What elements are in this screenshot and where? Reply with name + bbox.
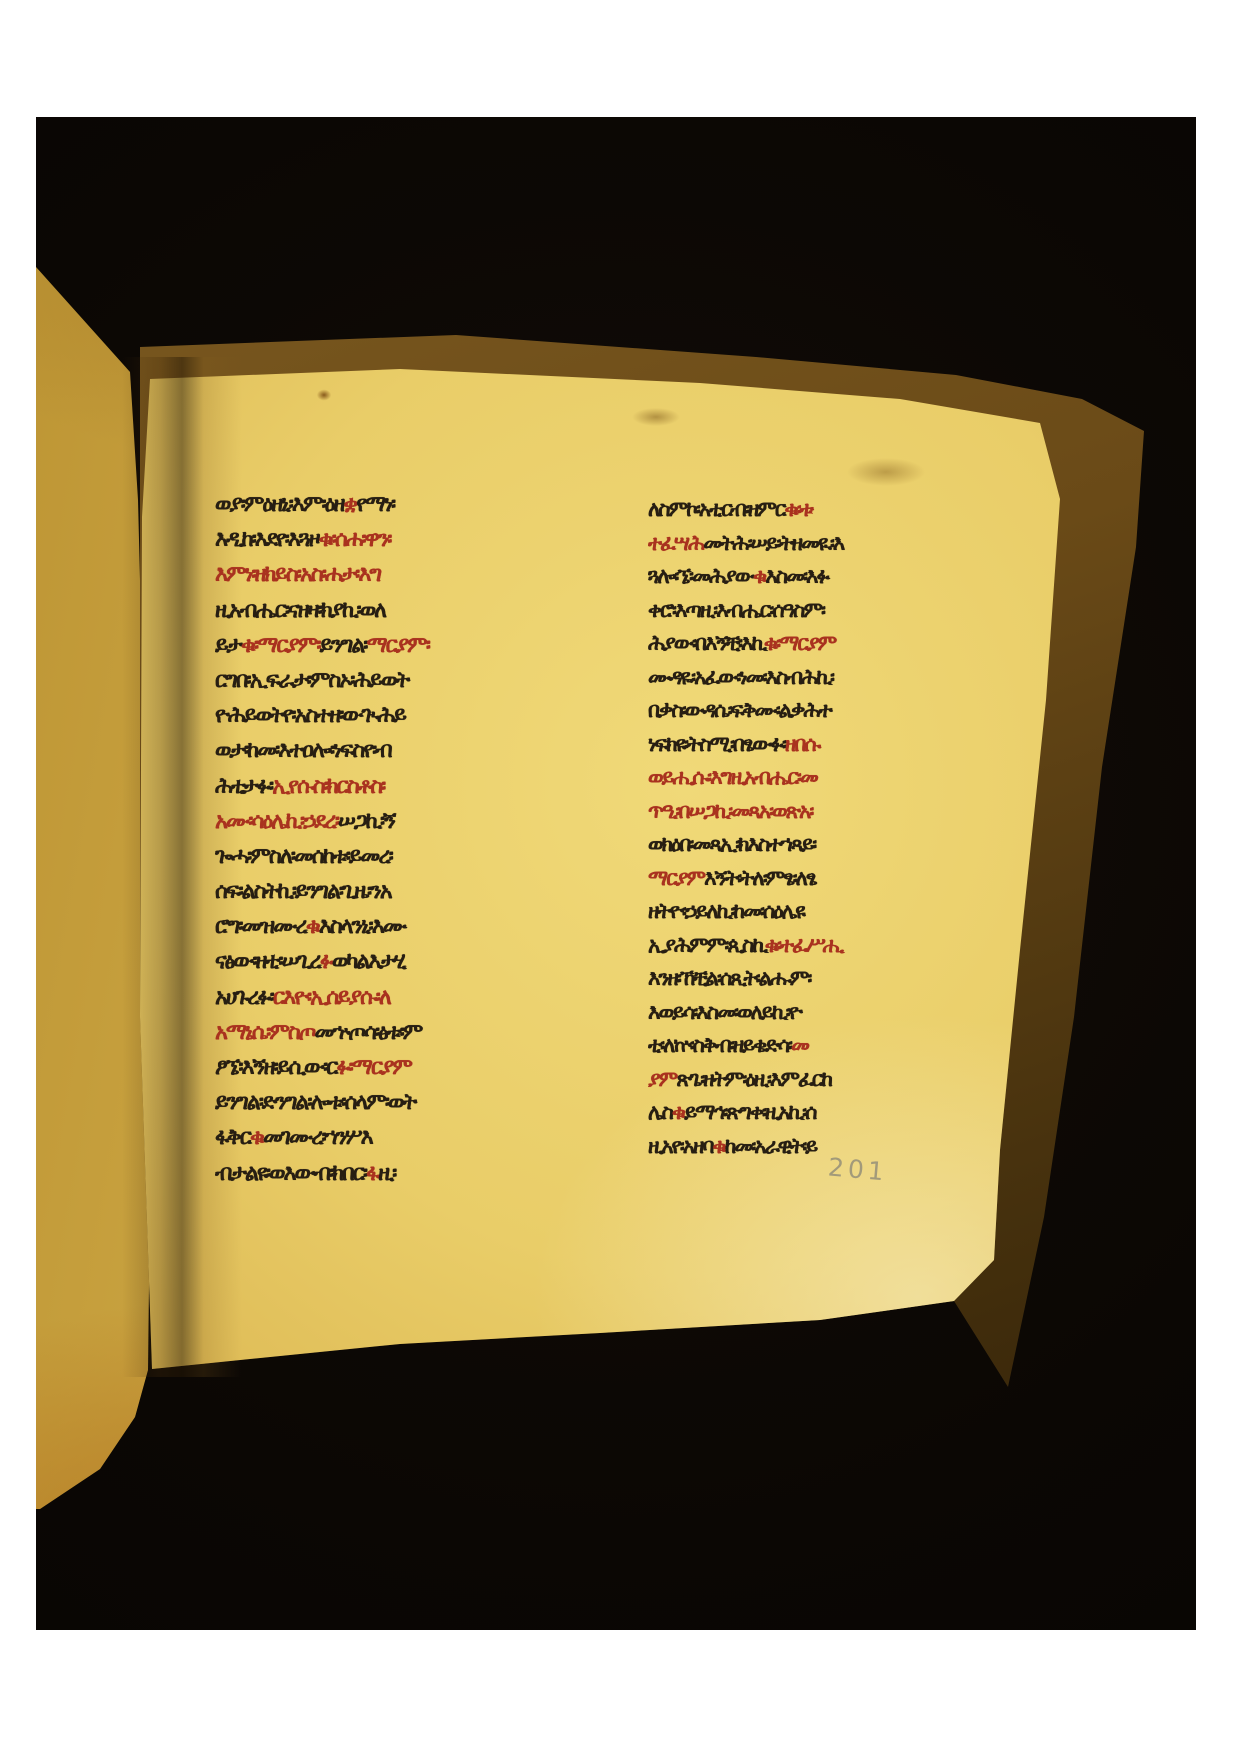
text-segment-black: ለስምኮ፡አቲርብ፡ዘምር	[648, 497, 784, 521]
geez-text-line: ቲ፡ለኵ፡ስቅብ፡ዘይቄድሳ፡መ	[648, 1029, 1010, 1063]
text-segment-black: ጓሎ፡ኜ፡መሕያው	[648, 564, 753, 588]
text-segment-black: ጐሓ፡ምስለ፡መሰከቱ፡ይመረ፡	[215, 844, 392, 869]
geez-text-line: ማርያምእኝት፡ትለ፡ምፄ፡ለፄ	[648, 862, 1010, 896]
text-segment-black: ይማኅ፡ጽግቀ፡ዚአኪ፡ሰ	[684, 1100, 815, 1124]
text-segment-black: ቀሮ፡እጣዚ፡እብሔር፡ሰዓስም፡	[648, 598, 824, 622]
text-segment-black: በቃስ፡ውዳሴ፡ፍቅሙ፡ልቃሕተ	[648, 698, 831, 722]
geez-text-line: ለምሕረትዮ	[1033, 1132, 1184, 1185]
geez-text-line: ሰፍ፡ልስትኪ፡ይንግል፡ጊዜ፡ንአ	[215, 874, 593, 909]
text-segment-black: ቲ፡ለኵ፡ስቅብ፡ዘይቄድሳ፡	[648, 1033, 791, 1057]
geez-text-line: ይታቁ፡ማርያም፡ይንግል፡ማርያም፡	[215, 628, 593, 663]
text-segment-red: ማርያም	[648, 866, 704, 890]
text-segment-red: ቁ	[306, 914, 319, 939]
geez-text-line: ወይሒሱ፡እግዚአብሔር፡መ	[648, 761, 1010, 795]
text-segment-black: ጽጌ፡ዘትም፡ዕዚ፡እምፈርከ	[676, 1067, 831, 1091]
text-segment-black: ወክዕበ፡መጻኢ፡ክእስተኀጻይ፡	[648, 832, 815, 856]
geez-text-line: ጥዒ፡በሠጋኪ፡መጻአ፡ወጽአ፡	[648, 795, 1010, 829]
geez-text-line: እዲከ፡እደየ፡እጓዞቁ፡ሰሐ፡ዋን፡	[215, 522, 593, 557]
geez-text-line: ሕቲታፉ፡ኢየሱስ፡ክርስቶስ፡	[215, 769, 593, 804]
text-segment-red: ቁ	[753, 564, 765, 588]
text-segment-black: መገሙረ፡ኀንሦእ	[263, 1125, 372, 1150]
text-segment-black: ዚአየ፡አዘባ	[648, 1134, 712, 1158]
text-segment-black: ዘትዮ፡ኃይለኪ፡ከመ፡ሰዕሌዩ	[648, 899, 804, 923]
text-segment-black: ከመ፡አራዊት፡ይ	[725, 1134, 816, 1158]
geez-text-line: ወታ፡ከመ፡እተዐሎ፡ነፍስየ፡ብ	[215, 733, 593, 768]
text-segment-red: አሙ፡ሳዕሌኪ፡ኃደረ፡	[215, 809, 338, 834]
text-segment-red: ዘበሱ	[785, 732, 819, 756]
text-segment-black: ለም፡በእንተ	[1121, 665, 1184, 699]
geez-text-line: ሮግ፡መዝሙረቁእስላንኒ፡እሙ	[215, 909, 593, 944]
text-segment-black: ጓእክ፡ውስተ	[1121, 706, 1184, 740]
text-segment-red: ሰአዳም፡ናባኡ	[1112, 1068, 1184, 1103]
photo-frame: ሃ፡ወረስዮልደ፡ሰኔ፡ዘወእንኅ፡ወመድዪቲስ፡ስእሊሰሃኝ፡ዘመኔጣቜስብእ…	[0, 0, 1238, 1753]
text-segment-black: ለምሕረትዮ	[1117, 1150, 1185, 1184]
text-segment-black: ሠጋኪ፡ኝ	[338, 809, 394, 834]
text-segment-red: ኢየሱስ፡ክርስቶስ፡	[272, 774, 384, 799]
text-segment-black: እዲከ፡እደየ፡እጓዞ	[215, 527, 319, 552]
geez-text-line: ነፍክዩ፡ትስሚ፡በፄውፉ፡ዘበሱ	[648, 728, 1010, 762]
text-segment-red: ማርያም፡	[367, 633, 429, 658]
text-segment-red: እምነ፡ዘክይስ፡አስ፡ሐታ፡እግ	[215, 562, 380, 587]
text-segment-red: ቁ፡ማርያም	[764, 631, 835, 655]
text-segment-black: ይታ	[215, 633, 241, 658]
geez-text-line: ቀሮ፡እጣዚ፡እብሔር፡ሰዓስም፡	[648, 594, 1010, 628]
geez-text-line: ዮሕይወትየ፡አስተዘ፡ውጒሕይ	[215, 698, 593, 733]
text-segment-black: እመረስተ፡ሐዱ	[1104, 1107, 1184, 1144]
geez-text-line: አማኔሴ፡ምስጦመኍጦሳ፡ፅቱ፡ም	[215, 1015, 593, 1050]
geez-text-line: ኢያሕምም፡ጲስኪቁ፡ተፈሥሒ	[648, 929, 1010, 963]
text-segment-black: ርግበ፡ኢፍራታ፡ምስኦ፡ሕይወት	[215, 668, 408, 693]
text-segment-red: ቋ	[344, 492, 357, 517]
geez-text-line: ዘትዮ፡ኃይለኪ፡ከመ፡ሰዕሌዩ	[648, 895, 1010, 929]
geez-text-line: ፆኜ፡እኝዘ፡ይሲው፡ርፉ፡ማርያም	[215, 1050, 593, 1085]
geez-text-line: ፋቅርቁመገሙረ፡ኀንሦእ	[215, 1120, 593, 1155]
text-segment-black: ሮግ፡መዝሙረ	[215, 914, 306, 939]
text-segment-black: ዮሕይወትየ፡አስተዘ፡ውጒሕይ	[215, 703, 405, 728]
text-segment-red: ቁ፡ተፈሥሒ	[765, 933, 843, 957]
geez-text-line: እምነ፡ዘክይስ፡አስ፡ሐታ፡እግ	[215, 557, 593, 592]
geez-text-line: እወይሳ፡እስመ፡ወለይኪ፡ዮ	[648, 996, 1010, 1030]
geez-text-line: ለስምኮ፡አቲርብ፡ዘምርቁ፡ቱ	[648, 493, 1010, 527]
text-segment-black: ኢያሕምም፡ጲስኪ	[648, 933, 765, 957]
text-segment-black: የማነ፡	[356, 492, 394, 517]
geez-text-line: አሀጉረፉ፡ርእዮ፡ኢሰይያሱ፡ለ	[215, 980, 593, 1015]
text-segment-black: እንዘ፡ኸቺል፡ሰጺት፡ልሑም፡	[648, 966, 810, 990]
text-segment-black: ክ፡ሰአሊ፡ለነ	[1126, 990, 1184, 1022]
text-segment-black: ወካልእታሂ	[332, 949, 405, 974]
geez-text-line: ብታልዩ፡ወእውብ፡ክበር፡ፋዚ፡	[215, 1156, 593, 1191]
text-segment-red: ተፈሣሕ	[648, 531, 703, 555]
text-segment-black: ብታልዩ፡ወእውብ፡ክበር፡	[215, 1161, 366, 1186]
geez-text-line: ወያ፡ምዕዘኒ፡እም፡ዕዘቋየማነ፡	[215, 487, 593, 522]
text-segment-red: ቁ፡ማርያም፡	[241, 633, 320, 658]
text-segment-black: እስላንኒ፡እሙ	[319, 914, 405, 939]
text-segment-red: ወይሒሱ፡እግዚአብሔር፡መ	[648, 765, 817, 789]
text-segment-black: ወታ፡ከመ፡እተዐሎ፡ነፍስየ፡ብ	[215, 738, 391, 763]
geez-text-line: ናፅው፡ዘቲ፡ሠጊረፉወካልእታሂ	[215, 944, 593, 979]
text-segment-black: መትሕ፡ሠይ፡ትዘመዪ፡እ	[703, 531, 843, 555]
text-segment-black: ወያ፡ምዕዘኒ፡እም፡ዕዘ	[215, 492, 344, 517]
text-segment-black: ፍጥረት፡ተፈ	[1117, 745, 1184, 779]
geez-text-line: ሌስቁይማኅ፡ጽግቀ፡ዚአኪ፡ሰ	[648, 1096, 1010, 1130]
geez-text-line: ወክዕበ፡መጻኢ፡ክእስተኀጻይ፡	[648, 828, 1010, 862]
geez-text-line: አሙ፡ሳዕሌኪ፡ኃደረ፡ሠጋኪ፡ኝ	[215, 804, 593, 839]
geez-text-line: ፂ፡ዕፍረት፡ኛኚ	[1033, 1172, 1184, 1225]
text-segment-black: ም፡እምኔት	[1125, 828, 1184, 861]
text-segment-black: ሌስ	[648, 1100, 672, 1124]
text-segment-red: ቁ	[712, 1134, 724, 1158]
geez-text-line: ይንግል፡ድንግል፡ሎቱ፡ሰላም፡ወት	[215, 1085, 593, 1120]
geez-text-line: ዚአብሔር፡ናዘዛ፡ክያኪ፡ወለ	[215, 593, 593, 628]
geez-text-line: በቃስ፡ውዳሴ፡ፍቅሙ፡ልቃሕተ	[648, 694, 1010, 728]
text-segment-black: ፋቅር	[215, 1125, 250, 1150]
text-segment-black: ፆኜ፡እኝዘ፡ይሲው፡ር	[215, 1055, 336, 1080]
text-segment-black: አሀጉረፉ፡	[215, 985, 273, 1010]
text-segment-black: ይንግል፡	[320, 633, 367, 658]
text-segment-black: ሔ፡ዋኒ፡ኔሃዬ	[1123, 868, 1184, 901]
text-segment-red: ፉ፡ማርያም	[336, 1055, 411, 1080]
text-segment-black: እወይሳ፡እስመ፡ወለይኪ፡ዮ	[648, 1000, 801, 1024]
geez-text-line: ያምጽጌ፡ዘትም፡ዕዚ፡እምፈርከ	[648, 1063, 1010, 1097]
text-segment-black: ሕያው፡በእኝቺ፡እኪ	[648, 631, 764, 655]
text-segment-black: ፂ፡ዕፍረት፡ኛኚ	[1114, 1190, 1184, 1225]
text-segment-red: ቁ	[250, 1125, 263, 1150]
geez-text-line: ርግበ፡ኢፍራታ፡ምስኦ፡ሕይወት	[215, 663, 593, 698]
text-segment-red: አማኔሴ፡ምስጦ	[215, 1020, 314, 1045]
text-segment-black: ባረክ፡ናክ፡ም	[1122, 949, 1184, 982]
text-segment-black: እስመ፡እፉ	[765, 564, 828, 588]
pencil-page-number: 201	[827, 1152, 889, 1186]
text-segment-black: ዚ፡	[378, 1161, 395, 1186]
text-segment-red: ቁ፡ቱ	[784, 497, 811, 521]
geez-text-line: እንዘ፡ኸቺል፡ሰጺት፡ልሑም፡	[648, 962, 1010, 996]
text-segment-red: ቍ፡ቍ	[1148, 1036, 1184, 1063]
text-segment-red: ጥዒ፡በሠጋኪ፡መጻአ፡ወጽአ፡	[648, 799, 812, 823]
text-segment-black: መኍጦሳ፡ፅቱ፡ም	[314, 1020, 421, 1045]
text-segment-red: ያም	[648, 1067, 676, 1091]
text-segment-black: ይንግል፡ድንግል፡ሎቱ፡ሰላም፡ወት	[215, 1090, 415, 1115]
text-segment-red: ፉ	[320, 949, 332, 974]
text-segment-black: ሕቲታፉ፡	[215, 774, 272, 799]
geez-text-line: ጓሎ፡ኜ፡መሕያውቁእስመ፡እፉ	[648, 560, 1010, 594]
text-segment-black: ምት፡ወመዐቷ	[1111, 906, 1185, 942]
text-segment-black: ዚአብሔር፡ናዘዛ፡ክያኪ፡ወለ	[215, 598, 385, 623]
text-segment-black: እኝት፡ትለ፡ምፄ፡ለፄ	[704, 866, 815, 890]
text-segment-black: ነፍክዩ፡ትስሚ፡በፄውፉ፡	[648, 732, 785, 756]
text-column-1: ወያ፡ምዕዘኒ፡እም፡ዕዘቋየማነ፡እዲከ፡እደየ፡እጓዞቁ፡ሰሐ፡ዋን፡እምነ…	[215, 487, 593, 1191]
geez-text-line: ተፈሣሕመትሕ፡ሠይ፡ትዘመዪ፡እ	[648, 527, 1010, 561]
text-segment-black: ሰፍ፡ልስትኪ፡ይንግል፡ጊዜ፡ንአ	[215, 879, 391, 904]
text-segment-black: ስብእ፡ለእአ	[1124, 625, 1185, 658]
text-segment-black: ናፅው፡ዘቲ፡ሠጊረ	[215, 949, 320, 974]
text-segment-red: ቁ፡ሰሐ፡ዋን፡	[319, 527, 391, 552]
text-segment-red: መ	[791, 1033, 808, 1057]
text-segment-red: ቁ	[672, 1100, 684, 1124]
geez-text-line: ሕያው፡በእኝቺ፡እኪቁ፡ማርያም	[648, 627, 1010, 661]
geez-text-line: ሙዳዬ፡አፈው፡ነመ፡እስብሕኪ፡	[648, 661, 1010, 695]
text-segment-red: ርእዮ፡ኢሰይያሱ፡ለ	[273, 985, 390, 1010]
text-segment-red: ፋ	[366, 1161, 378, 1186]
text-segment-black: ቲ፡ከፉእ፡ወ	[1129, 788, 1185, 820]
geez-text-line: ጐሓ፡ምስለ፡መሰከቱ፡ይመረ፡	[215, 839, 593, 874]
text-segment-black: ሙዳዬ፡አፈው፡ነመ፡እስብሕኪ፡	[648, 665, 833, 689]
manuscript-photo: ሃ፡ወረስዮልደ፡ሰኔ፡ዘወእንኅ፡ወመድዪቲስ፡ስእሊሰሃኝ፡ዘመኔጣቜስብእ…	[36, 117, 1196, 1630]
text-column-2: ለስምኮ፡አቲርብ፡ዘምርቁ፡ቱተፈሣሕመትሕ፡ሠይ፡ትዘመዪ፡እጓሎ፡ኜ፡መሕ…	[648, 493, 1010, 1163]
